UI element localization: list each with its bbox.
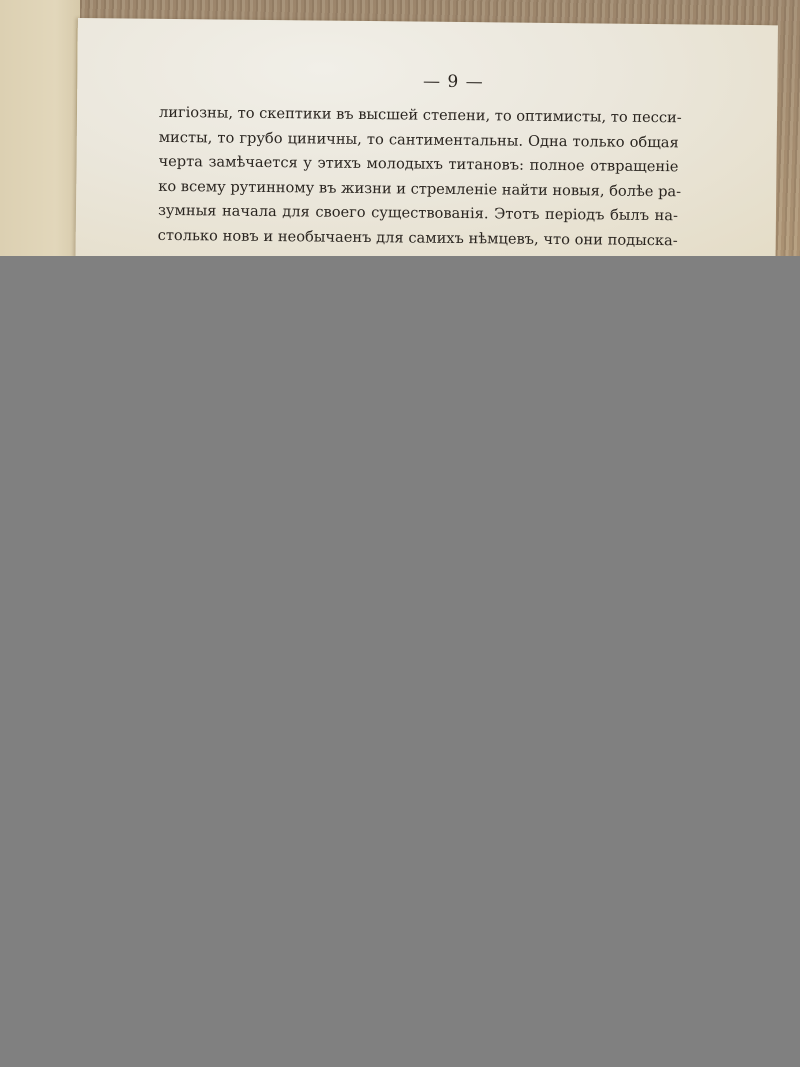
gray-cover-block	[0, 256, 800, 1067]
left-page-edge	[0, 0, 80, 256]
book-photo: — 9 — лигiозны, то скептики въ высшей ст…	[0, 0, 800, 256]
body-text: лигiозны, то скептики въ высшей степени,…	[157, 101, 679, 256]
book-page: — 9 — лигiозны, то скептики въ высшей ст…	[75, 18, 777, 256]
page-number: — 9 —	[413, 72, 493, 93]
